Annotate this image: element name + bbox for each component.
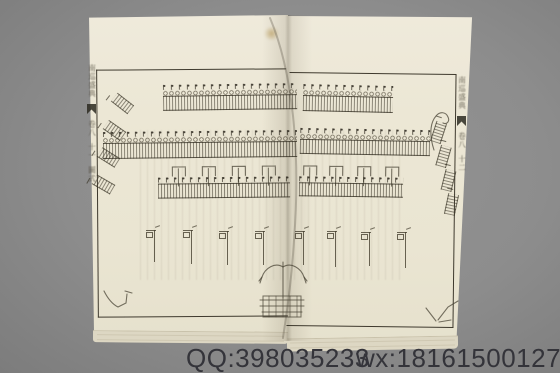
post-pole (191, 230, 192, 264)
photo-background: 南巡盛典 卷八 十一 圖式 南巡盛典 卷八 十二 (0, 0, 560, 373)
post-pole (263, 231, 264, 265)
post-flag (146, 232, 153, 238)
book-title-text: 南巡盛典 (457, 76, 467, 110)
signal-post (255, 229, 271, 263)
book-title-text: 南巡盛典 (87, 64, 97, 98)
palisade-band (299, 176, 403, 197)
banner-flag (202, 166, 216, 176)
post-arm (295, 231, 305, 232)
post-pole (227, 231, 228, 265)
post-pole (303, 231, 304, 265)
fishtail-mark (87, 104, 96, 114)
post-flag (219, 233, 226, 239)
post-flag (397, 234, 404, 240)
palisade-band (303, 84, 394, 113)
signal-post (146, 228, 162, 260)
picket-fence (303, 95, 393, 113)
watermark-qq-text: QQ:398035233 (186, 343, 370, 373)
left-margin-column: 南巡盛典 卷八 十一 圖式 (86, 64, 97, 183)
right-margin-column: 南巡盛典 卷八 十二 (456, 76, 467, 172)
picket-fence (299, 182, 403, 197)
fishtail-mark (457, 116, 466, 126)
palisade-band (163, 83, 297, 111)
banner-flag (262, 166, 276, 176)
picket-fence (163, 94, 297, 111)
banner-flag (232, 166, 246, 176)
post-pole (369, 232, 370, 266)
signal-post (219, 229, 235, 263)
signal-post (397, 230, 413, 266)
banner-flag (385, 166, 399, 176)
signal-post (295, 229, 311, 263)
watermark: QQ:398035233 wx:18161500127 (0, 343, 560, 373)
volume-text: 卷八 (87, 120, 97, 137)
post-arm (219, 231, 229, 232)
post-pole (154, 230, 155, 262)
palisade-band (300, 128, 430, 156)
post-pole (405, 232, 406, 268)
paper-stain (263, 27, 280, 40)
banner-flag (357, 166, 371, 176)
signal-post (183, 228, 199, 262)
post-arm (361, 232, 371, 233)
banner-flag (172, 166, 186, 176)
post-flag (255, 233, 262, 239)
page-number-text: 十二 (457, 155, 467, 172)
post-arm (255, 231, 265, 232)
palisade-band (158, 176, 290, 198)
signal-post (327, 229, 343, 265)
post-arm (146, 230, 156, 231)
post-arm (397, 232, 407, 233)
picket-fence (300, 139, 430, 156)
post-flag (327, 233, 334, 239)
post-flag (361, 234, 368, 240)
post-flag (183, 232, 190, 238)
watermark-wx-text: wx:18161500127 (356, 343, 560, 373)
signal-post (361, 230, 377, 264)
palisade-band (103, 130, 297, 159)
picket-fence (103, 141, 297, 159)
post-pole (335, 231, 336, 267)
banner-flag (329, 166, 343, 176)
page-stack-edge-left (93, 330, 288, 344)
post-arm (183, 230, 193, 231)
post-flag (295, 233, 302, 239)
volume-text: 卷八 (457, 132, 467, 149)
post-arm (327, 231, 337, 232)
banner-flag (303, 165, 317, 175)
